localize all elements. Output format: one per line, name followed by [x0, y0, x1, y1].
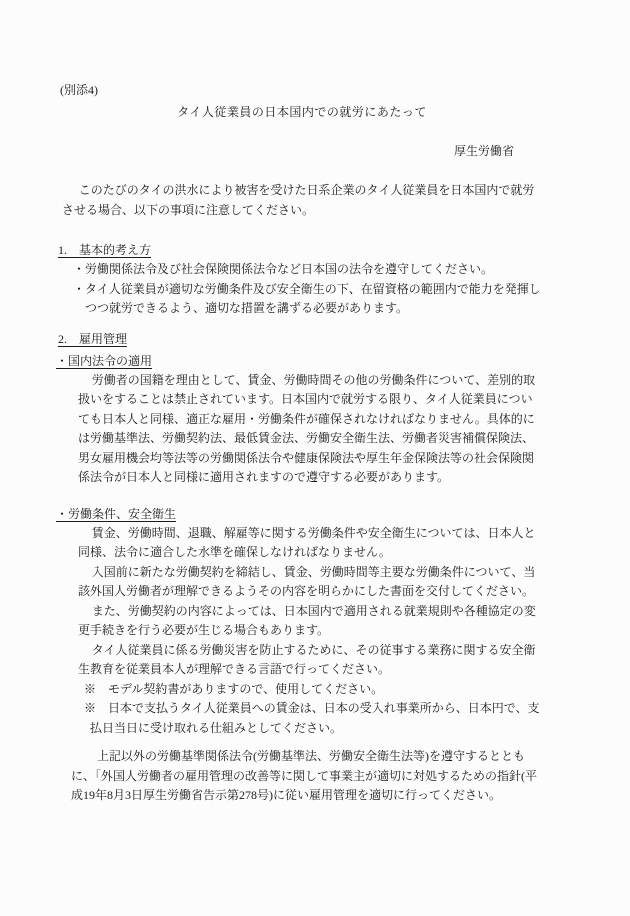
section-1-heading: 1. 基本的考え方	[58, 240, 542, 260]
section-2-heading: 2. 雇用管理	[58, 329, 542, 349]
paragraph-contract-document: 入国前に新たな労働契約を締結し、賃金、労働時間等主要な労働条件について、当該外国…	[78, 563, 542, 602]
subsection-working-conditions: ・労働条件、安全衛生 賃金、労働時間、退職、解雇等に関する労働条件や安全衛生につ…	[62, 504, 542, 739]
subsection-domestic-law: ・国内法令の適用 労働者の国籍を理由として、賃金、労働時間その他の労働条件につい…	[62, 351, 542, 488]
author-ministry: 厚生労働省	[62, 143, 542, 159]
attachment-label: (別添4)	[60, 83, 542, 98]
section-employment-management: 2. 雇用管理 ・国内法令の適用 労働者の国籍を理由として、賃金、労働時間その他…	[62, 329, 542, 806]
page-title: タイ人従業員の日本国内での就労にあたって	[62, 104, 542, 120]
document-page: (別添4) タイ人従業員の日本国内での就労にあたって 厚生労働省 このたびのタイ…	[0, 0, 630, 916]
bullet-item-conditions: ・タイ人従業員が適切な労働条件及び安全衛生の下、在留資格の範囲内で能力を発揮しつ…	[62, 280, 542, 319]
note-item-model-contract: ※ モデル契約書がありますので、使用してください。	[90, 680, 542, 700]
note-item-wage-payment: ※ 日本で支払うタイ人従業員への賃金は、日本の受入れ事業所から、日本円で、支払日…	[90, 699, 542, 738]
section-basic-principles: 1. 基本的考え方 ・労働関係法令及び社会保険関係法令など日本国の法令を遵守して…	[62, 240, 542, 319]
document-content: (別添4) タイ人従業員の日本国内での就労にあたって 厚生労働省 このたびのタイ…	[0, 0, 630, 806]
paragraph-safety-education: タイ人従業員に係る労働災害を防止するために、その従事する業務に関する安全衛生教育…	[78, 641, 542, 680]
bullet-item-laws: ・労働関係法令及び社会保険関係法令など日本国の法令を遵守してください。	[62, 260, 542, 280]
paragraph-nondiscrimination: 労働者の国籍を理由として、賃金、労働時間その他の労働条件について、差別的取扱いを…	[78, 371, 542, 488]
intro-paragraph: このたびのタイの洪水により被害を受けた日系企業のタイ人従業員を日本国内で就労させ…	[62, 181, 542, 220]
subsection-domestic-law-heading: ・国内法令の適用	[56, 351, 542, 371]
paragraph-standards: 賃金、労働時間、退職、解雇等に関する労働条件や安全衛生については、日本人と同様、…	[78, 524, 542, 563]
subsection-working-conditions-heading: ・労働条件、安全衛生	[56, 504, 542, 524]
closing-paragraph: 上記以外の労働基準関係法令(労働基準法、労働安全衛生法等)を遵守するとともに、「…	[71, 747, 542, 806]
paragraph-work-rules: また、労働契約の内容によっては、日本国内で適用される就業規則や各種協定の変更手続…	[78, 602, 542, 641]
